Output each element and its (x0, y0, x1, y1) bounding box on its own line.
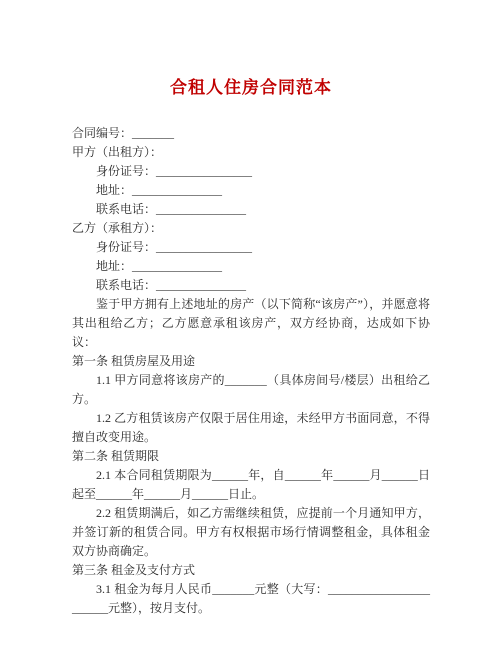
clause-2-2-paragraph: 2.2 租赁期满后，如乙方需继续租赁，应提前一个月通知甲方，并签订新的租赁合同。… (72, 504, 430, 561)
article-2-heading: 第二条 租赁期限 (72, 447, 430, 466)
contract-document-page: 合租人住房合同范本 合同编号：_______ 甲方（出租方）： 身份证号：___… (0, 0, 500, 647)
page-title: 合租人住房合同范本 (72, 78, 430, 98)
clause-1-2-paragraph: 1.2 乙方租赁该房产仅限于居住用途，未经甲方书面同意，不得擅自改变用途。 (72, 409, 430, 447)
party-b-phone-line: 联系电话：_______________ (72, 276, 430, 295)
clause-1-1-paragraph: 1.1 甲方同意将该房产的_______（具体房间号/楼层）出租给乙方。 (72, 371, 430, 409)
party-b-id-line: 身份证号：________________ (72, 238, 430, 257)
party-a-address-line: 地址：_______________ (72, 181, 430, 200)
clause-2-1-paragraph: 2.1 本合同租赁期限为______年，自______年______月_____… (72, 466, 430, 504)
clause-3-1-paragraph: 3.1 租金为每月人民币_______元整（大写：_______________… (72, 580, 430, 618)
article-1-heading: 第一条 租赁房屋及用途 (72, 352, 430, 371)
article-3-heading: 第三条 租金及支付方式 (72, 561, 430, 580)
preamble-paragraph: 鉴于甲方拥有上述地址的房产（以下简称“该房产”），并愿意将其出租给乙方；乙方愿意… (72, 295, 430, 352)
party-a-label-line: 甲方（出租方）： (72, 143, 430, 162)
party-a-id-line: 身份证号：________________ (72, 162, 430, 181)
contract-number-line: 合同编号：_______ (72, 124, 430, 143)
party-b-label-line: 乙方（承租方）： (72, 219, 430, 238)
party-a-phone-line: 联系电话：_______________ (72, 200, 430, 219)
party-b-address-line: 地址：_______________ (72, 257, 430, 276)
